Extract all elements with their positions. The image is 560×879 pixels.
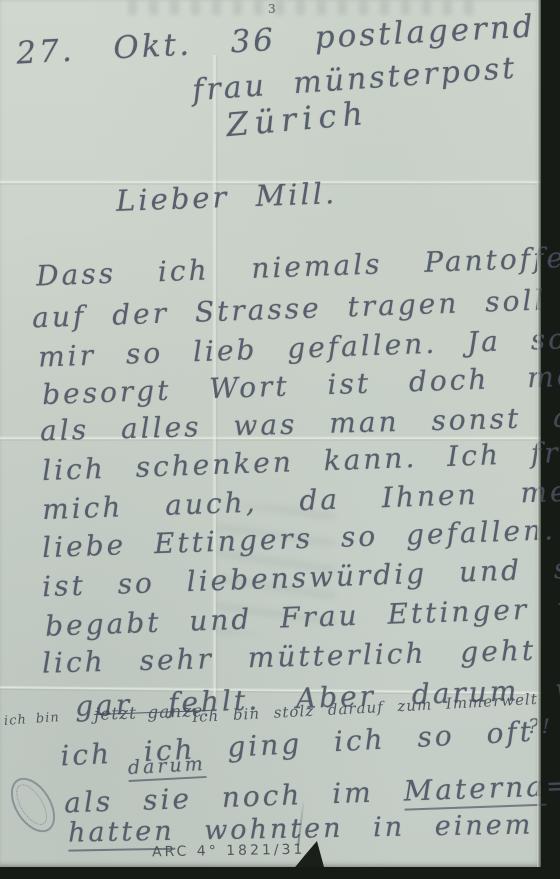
library-stamp [2, 770, 64, 840]
page-number: 3 [268, 2, 276, 16]
library-stamp-inner-ring [10, 779, 53, 830]
archive-shelfmark: ARC 4° 1821/31 [152, 842, 306, 861]
margin-note: ich bin [4, 710, 61, 729]
underlined-word: Materna [403, 770, 546, 811]
bleed-through-letterhead [128, 0, 473, 15]
salutation: Lieber Mill. [115, 176, 337, 218]
letter-line-text: = Ascona [545, 764, 560, 803]
letter-paper: 3 27. Okt. 36 postlagernd frau münsterpo… [0, 0, 541, 867]
scan-canvas: 3 27. Okt. 36 postlagernd frau münsterpo… [0, 0, 560, 879]
paper-edge [537, 0, 541, 867]
inserted-word: darum [127, 753, 206, 782]
